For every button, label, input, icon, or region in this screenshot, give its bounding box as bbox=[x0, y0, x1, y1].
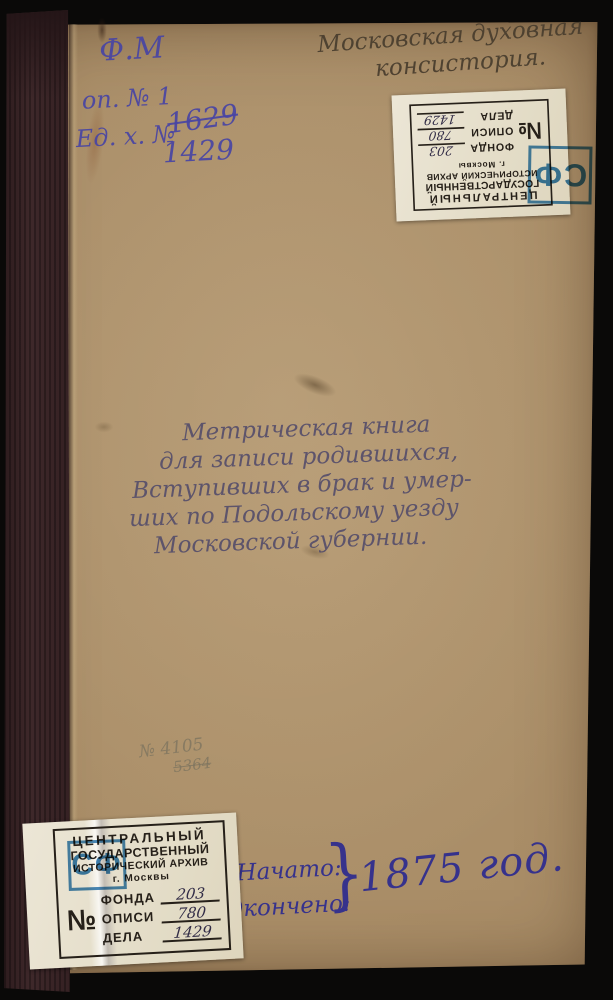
sf-stamp-bottom: СФ bbox=[67, 839, 127, 891]
corner-inventory-marks: Ф.М оп. № 1 Ед. х. № 1629 1429 bbox=[68, 21, 276, 181]
opis-field-label: ОПИСИ bbox=[101, 909, 158, 927]
stamp-row-opis: ОПИСИ 780 bbox=[417, 125, 514, 142]
opis-mark: оп. № 1 bbox=[81, 82, 173, 115]
fond-field-label: ФОНДА bbox=[100, 890, 157, 908]
stamp-row-delo: ДЕЛА 1429 bbox=[416, 109, 513, 126]
year-value: 1875 год. bbox=[357, 834, 567, 901]
delo-field-label: ДЕЛА bbox=[467, 109, 513, 123]
fond-field-value: 203 bbox=[417, 142, 465, 157]
fond-field-value: 203 bbox=[161, 886, 221, 905]
stain bbox=[92, 420, 116, 434]
opis-field-value: 780 bbox=[416, 127, 464, 142]
archive-label-bottom: ЦЕНТРАЛЬНЫЙ ГОСУДАРСТВЕННЫЙ ИСТОРИЧЕСКИЙ… bbox=[22, 813, 243, 970]
delo-field-value: 1429 bbox=[163, 923, 223, 942]
delo-field-label: ДЕЛА bbox=[102, 928, 159, 946]
delo-field-value: 1429 bbox=[416, 111, 464, 126]
stamp-row-fond: ФОНДА 203 bbox=[417, 140, 514, 157]
item-number-label: Ед. х. № bbox=[75, 120, 176, 153]
opis-field-label: ОПИСИ bbox=[467, 125, 513, 139]
stamp-row-delo: ДЕЛА 1429 bbox=[102, 924, 222, 946]
title-inscription: Метрическая книга для записи родившихся,… bbox=[126, 407, 541, 561]
date-inscription: Начато: Окончено: } 1875 год. bbox=[221, 833, 576, 961]
sf-stamp-top: СФ bbox=[527, 145, 592, 204]
new-item-number: 1429 bbox=[162, 133, 235, 170]
fond-mark: Ф.М bbox=[98, 30, 165, 68]
numero-sign: № bbox=[66, 904, 97, 938]
numero-sign: № bbox=[517, 116, 542, 144]
fond-field-label: ФОНДА bbox=[468, 140, 514, 154]
opis-field-value: 780 bbox=[162, 905, 222, 924]
photo-background: Ф.М оп. № 1 Ед. х. № 1629 1429 Московска… bbox=[0, 0, 613, 1000]
